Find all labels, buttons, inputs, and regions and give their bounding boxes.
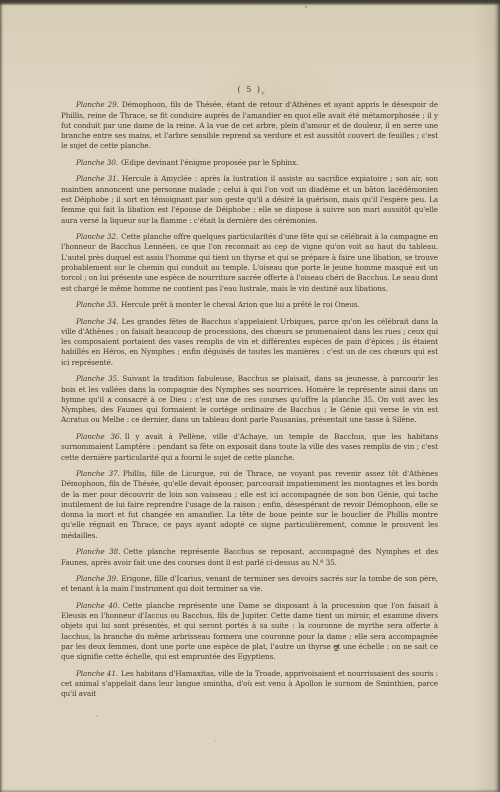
plate-label: Planche 37.: [76, 469, 120, 478]
plate-description: Hercule prêt à monter le cheval Arion qu…: [121, 300, 360, 309]
plate-entry-39: Planche 39.Erigone, fille d'Icarius, ven…: [61, 574, 438, 595]
plate-label: Planche 31.: [76, 174, 119, 183]
plate-description: Œdipe devinant l'énigme proposée par le …: [121, 158, 298, 167]
plate-entry-37: Planche 37.Phillis, fille de Licurgue, r…: [61, 469, 438, 541]
plate-entry-41: Planche 41.Les habitans d'Hamaxitas, vil…: [61, 669, 438, 700]
scan-edge-top: [0, 0, 500, 6]
plate-label: Planche 38.: [76, 547, 120, 556]
plate-label: Planche 35.: [76, 374, 119, 383]
plate-label: Planche 32.: [76, 232, 118, 241]
plate-entry-31: Planche 31.Hercule à Amyclée : après la …: [61, 174, 438, 225]
plate-label: Planche 41.: [76, 669, 118, 678]
plate-entry-35: Planche 35.Suivant la tradition fabuleus…: [61, 374, 438, 425]
plate-entry-36: Planche 36.Il y avait à Pellène, ville d…: [61, 432, 438, 463]
plate-description: Cette planche offre quelques particulari…: [61, 232, 438, 292]
plate-entry-40: Planche 40.Cette planche représente une …: [61, 601, 438, 663]
plate-description: Phillis, fille de Licurgue, roi de Thrac…: [61, 469, 438, 540]
plate-label: Planche 34.: [76, 317, 119, 326]
plate-label: Planche 33.: [76, 300, 118, 309]
plate-label: Planche 40.: [76, 601, 120, 610]
plate-entry-33: Planche 33.Hercule prêt à monter le chev…: [61, 300, 438, 310]
scan-edge-left: [0, 0, 4, 792]
plate-entry-29: Planche 29.Démophoon, fils de Thésée, ét…: [61, 100, 438, 151]
signature-mark: 2: [334, 644, 339, 653]
plate-label: Planche 30.: [76, 158, 118, 167]
plate-entry-38: Planche 38.Cette planche représente Bacc…: [61, 547, 438, 568]
page-number: ( 5 ): [61, 85, 438, 95]
plate-entry-32: Planche 32.Cette planche offre quelques …: [61, 232, 438, 294]
text-block: ( 5 ) Planche 29.Démophoon, fils de Thés…: [61, 85, 438, 706]
scanned-book-page: ( 5 ) Planche 29.Démophoon, fils de Thés…: [0, 0, 500, 792]
plate-label: Planche 36.: [76, 432, 122, 441]
plate-label: Planche 39.: [76, 574, 118, 583]
scan-edge-right: [494, 0, 500, 792]
plate-entry-34: Planche 34.Les grandes fêtes de Bacchus …: [61, 317, 438, 368]
plate-label: Planche 29.: [76, 100, 119, 109]
plate-entry-30: Planche 30.Œdipe devinant l'énigme propo…: [61, 158, 438, 168]
